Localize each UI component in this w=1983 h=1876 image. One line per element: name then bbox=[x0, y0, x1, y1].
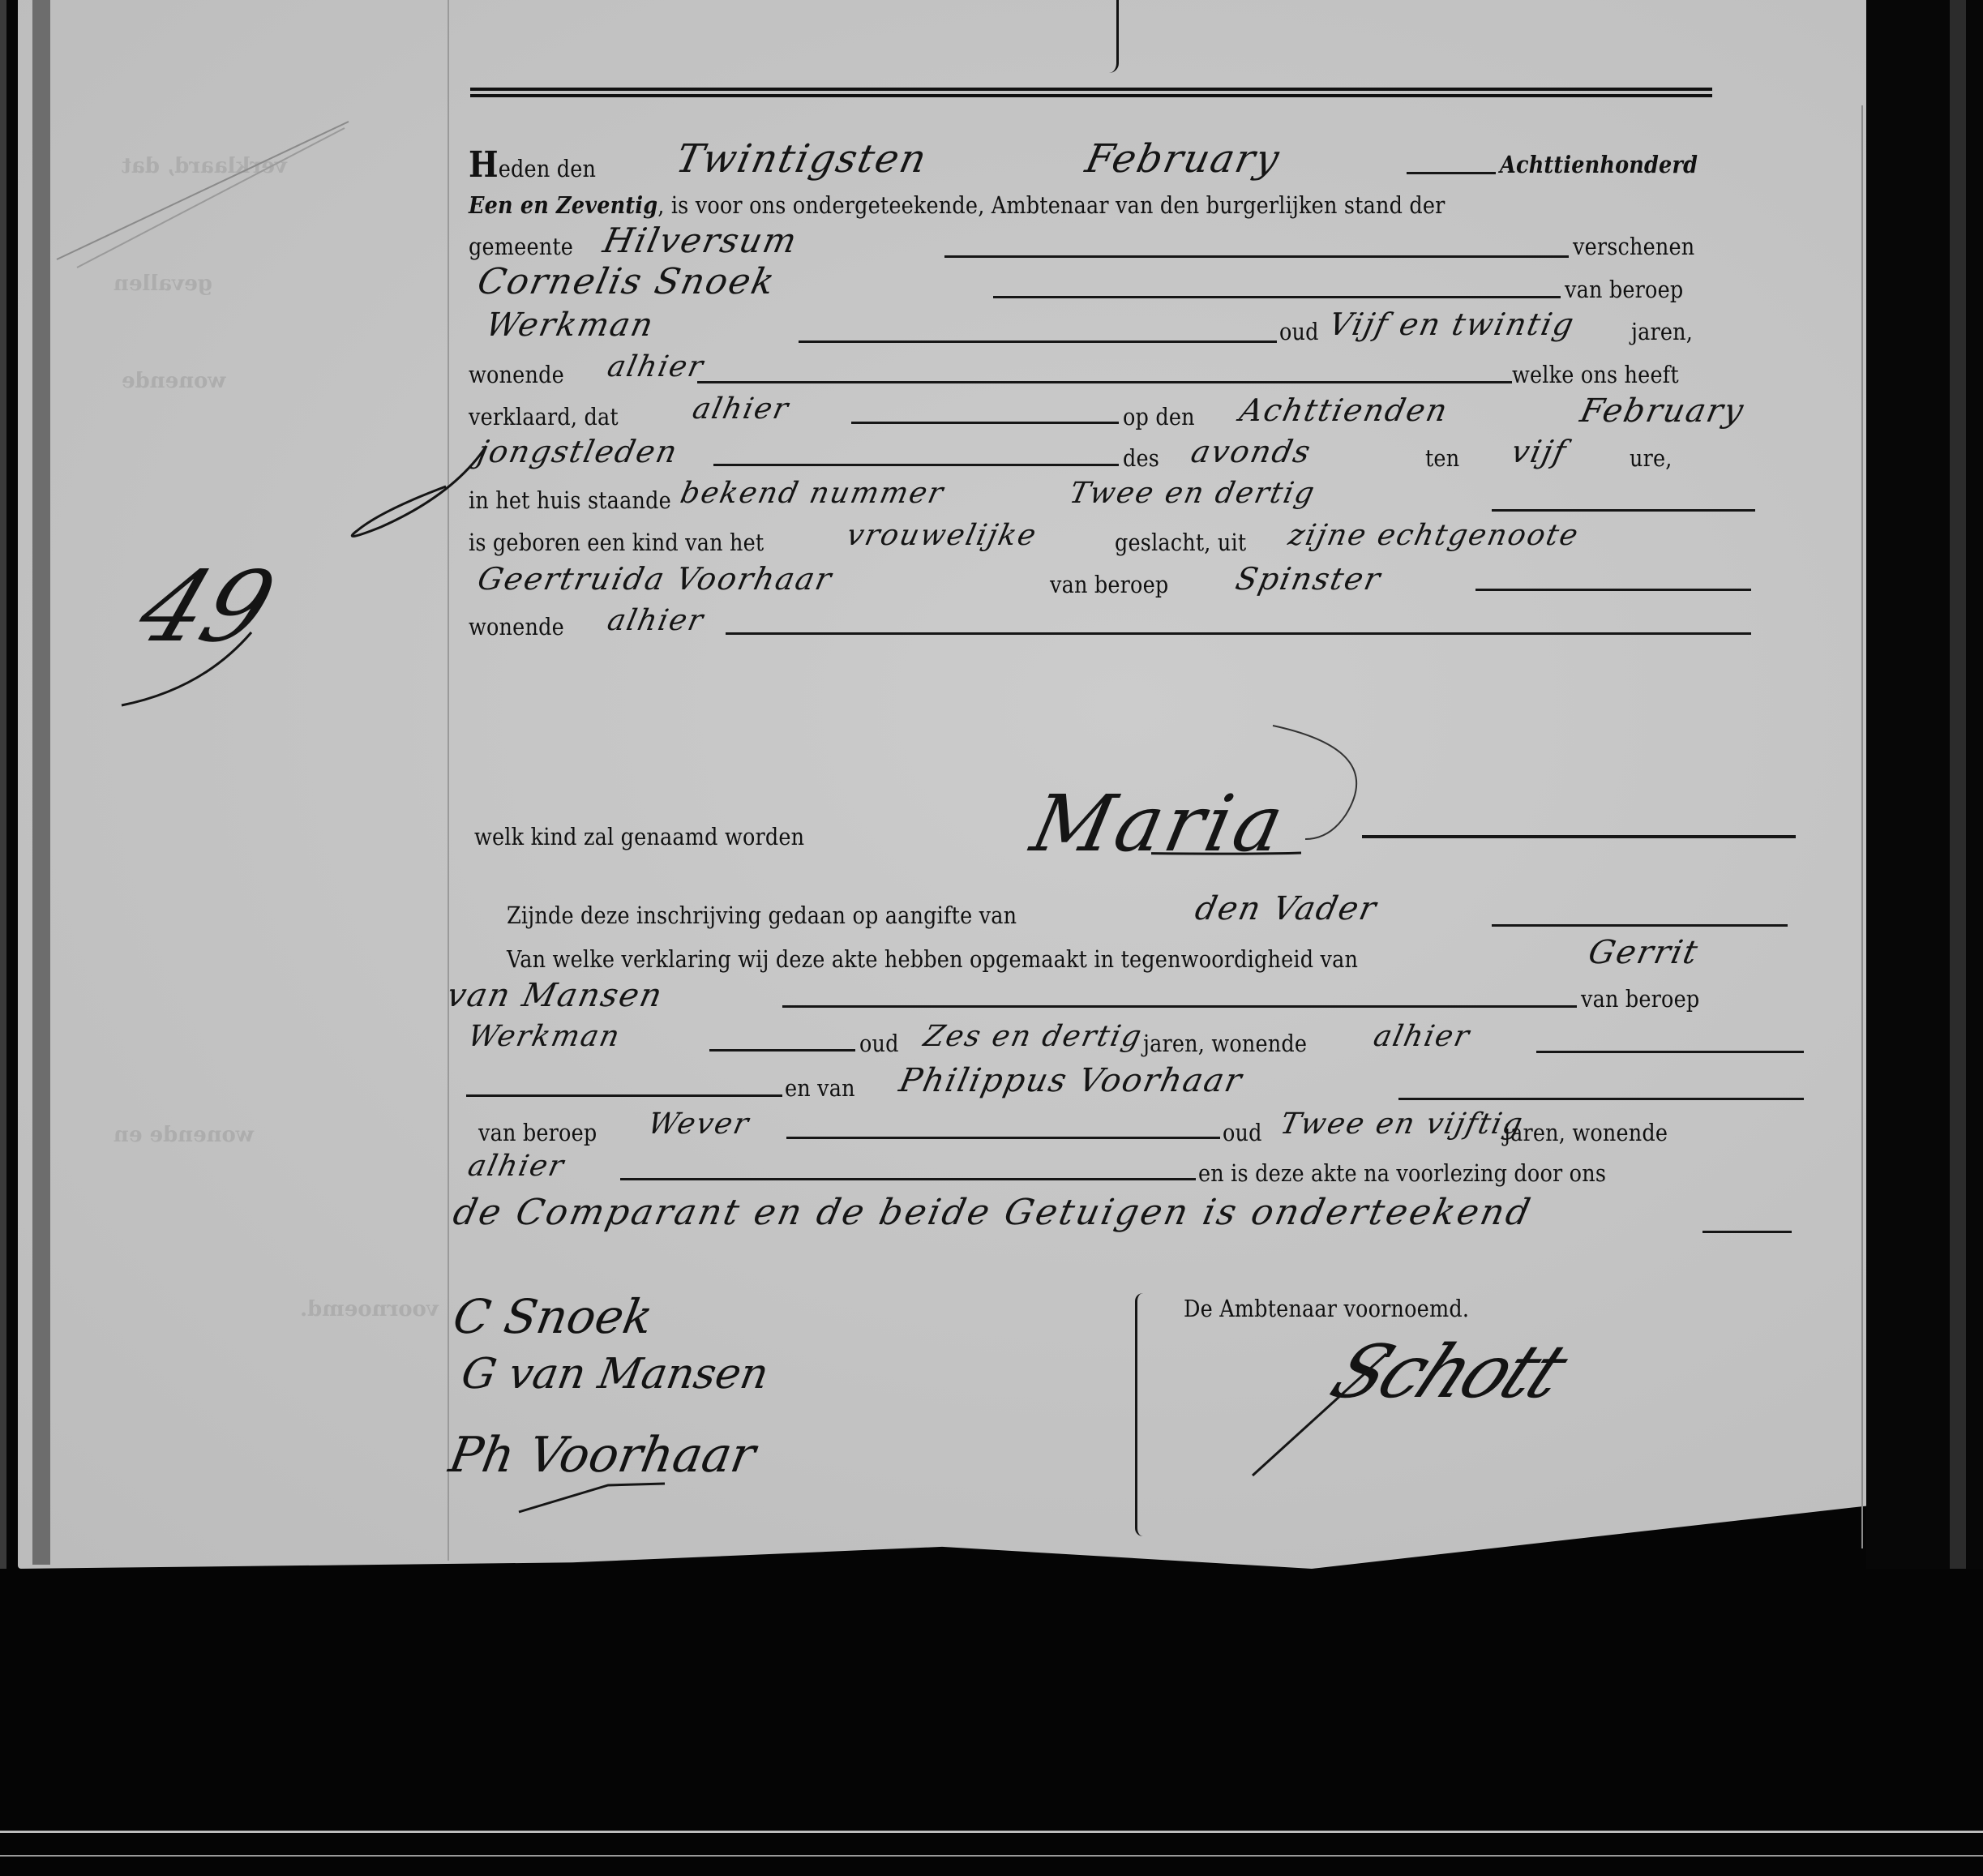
bleed-through-text: wonende bbox=[122, 369, 226, 393]
label-mother-beroep: van beroep bbox=[1050, 571, 1168, 598]
handwritten-witness2-age: Twee en vijftig bbox=[1278, 1107, 1527, 1141]
label-welke-ons-heeft: welke ons heeft bbox=[1512, 361, 1679, 388]
fill-line bbox=[1492, 924, 1788, 927]
handwritten-closing: de Comparant en de beide Getuigen is ond… bbox=[450, 1192, 1536, 1233]
fill-line bbox=[709, 1049, 855, 1052]
label-year-2: Een en Zeventig, is voor ons ondergeteek… bbox=[469, 191, 1445, 219]
handwritten-declarant-beroep: Werkman bbox=[482, 306, 657, 344]
handwritten-birth-day: Achttienden bbox=[1236, 392, 1452, 428]
signature-declarant: C Snoek bbox=[449, 1289, 657, 1344]
label-ten: ten bbox=[1425, 444, 1459, 472]
handwritten-aangifte: den Vader bbox=[1192, 890, 1381, 927]
fill-line bbox=[697, 381, 1512, 383]
fill-line bbox=[726, 632, 1751, 635]
handwritten-witness1-wonende: alhier bbox=[1371, 1020, 1474, 1053]
label-witness1-jaren: jaren, wonende bbox=[1143, 1030, 1307, 1057]
label-huis-staande: in het huis staande bbox=[469, 486, 671, 514]
handwritten-declarant-age: Vijf en twintig bbox=[1326, 306, 1578, 342]
binding-stripe bbox=[32, 0, 50, 1565]
fill-line bbox=[944, 255, 1569, 258]
signature-underline bbox=[511, 1476, 673, 1516]
label-child-name: welk kind zal genaamd worden bbox=[474, 823, 804, 850]
pencil-stroke bbox=[49, 114, 357, 276]
film-edge-line bbox=[0, 1855, 1983, 1857]
handwritten-witness1-last: van Mansen bbox=[443, 977, 666, 1014]
label-van-beroep: van beroep bbox=[1565, 276, 1683, 303]
fill-line bbox=[799, 341, 1277, 343]
brace-mark bbox=[1107, 0, 1119, 73]
handwritten-verklaard-place: alhier bbox=[690, 392, 793, 426]
fill-line bbox=[1362, 835, 1796, 838]
label-voorlezing: en is deze akte na voorlezing door ons bbox=[1198, 1159, 1606, 1187]
label-heden-den: Heden den bbox=[469, 144, 596, 186]
handwritten-huis-1: bekend nummer bbox=[678, 477, 948, 510]
fill-line bbox=[466, 1094, 782, 1097]
film-edge-line bbox=[0, 1831, 1983, 1833]
bleed-through-text: voornoemd. bbox=[300, 1297, 439, 1321]
label-jaren: jaren, bbox=[1631, 318, 1693, 345]
signature-brace bbox=[1135, 1293, 1149, 1536]
label-verschenen: verschenen bbox=[1573, 233, 1694, 260]
handwritten-day: Twintigsten bbox=[672, 136, 932, 182]
label-verklaard-dat: verklaard, dat bbox=[469, 403, 619, 430]
label-aangifte: Zijnde deze inschrijving gedaan op aangi… bbox=[507, 902, 1017, 929]
label-en-van: en van bbox=[785, 1074, 855, 1102]
handwritten-declarant-wonende: alhier bbox=[605, 350, 708, 383]
fill-line bbox=[713, 464, 1119, 466]
name-flourish bbox=[1151, 717, 1427, 896]
label-op-den: op den bbox=[1123, 403, 1195, 430]
handwritten-month: February bbox=[1081, 136, 1284, 182]
margin-line bbox=[448, 0, 449, 1561]
handwritten-hour: vijf bbox=[1508, 434, 1570, 469]
label-oud: oud bbox=[1279, 318, 1319, 345]
handwritten-mother-wonende: alhier bbox=[605, 604, 708, 637]
fill-line bbox=[1536, 1051, 1804, 1053]
fill-line bbox=[851, 422, 1119, 424]
handwritten-jongstleden: jongstleden bbox=[474, 434, 682, 469]
signature-witness1: G van Mansen bbox=[458, 1350, 773, 1398]
label-mother-wonende: wonende bbox=[469, 613, 564, 640]
scan-border-strip bbox=[1950, 0, 1966, 1569]
handwritten-witness2-wonende: alhier bbox=[465, 1150, 568, 1183]
fill-line bbox=[1398, 1098, 1804, 1100]
handwritten-witness1-age: Zes en dertig bbox=[921, 1020, 1146, 1053]
binding-edge bbox=[0, 0, 6, 1569]
fill-line bbox=[1492, 509, 1755, 512]
handwritten-witness1-beroep: Werkman bbox=[465, 1020, 624, 1053]
handwritten-mother-name: Geertruida Voorhaar bbox=[474, 561, 836, 597]
label-des: des bbox=[1123, 444, 1159, 472]
label-year-1: Achttienhonderd bbox=[1500, 151, 1698, 178]
fill-line bbox=[782, 1005, 1577, 1008]
label-ambtenaar: De Ambtenaar voornoemd. bbox=[1184, 1295, 1469, 1322]
label-wonende: wonende bbox=[469, 361, 564, 388]
handwritten-mother-pre: zijne echtgenoote bbox=[1286, 519, 1583, 552]
label-witness1-oud: oud bbox=[859, 1030, 899, 1057]
fill-line bbox=[620, 1178, 1196, 1180]
handwritten-witness1-first: Gerrit bbox=[1585, 934, 1702, 971]
label-witness1-beroep: van beroep bbox=[1581, 985, 1699, 1013]
label-witness2-beroep: van beroep bbox=[478, 1119, 597, 1146]
handwritten-declarant-name: Cornelis Snoek bbox=[474, 261, 780, 302]
label-geslacht-uit: geslacht, uit bbox=[1115, 529, 1246, 556]
fill-line bbox=[1475, 589, 1751, 591]
handwritten-gemeente: Hilversum bbox=[600, 221, 802, 260]
label-gemeente: gemeente bbox=[469, 233, 573, 260]
handwritten-des-value: avonds bbox=[1188, 434, 1315, 469]
bleed-through-text: wonende en bbox=[113, 1123, 254, 1147]
handwritten-geslacht: vrouwelijke bbox=[844, 519, 1041, 552]
label-geboren: is geboren een kind van het bbox=[469, 529, 764, 556]
fill-line bbox=[786, 1137, 1220, 1139]
label-ure: ure, bbox=[1630, 444, 1672, 472]
page-fold-line bbox=[1861, 105, 1863, 1548]
label-witness2-jaren: jaren, wonende bbox=[1504, 1119, 1668, 1146]
label-witness2-oud: oud bbox=[1223, 1119, 1262, 1146]
label-verklaring: Van welke verklaring wij deze akte hebbe… bbox=[507, 945, 1358, 973]
handwritten-huis-2: Twee en dertig bbox=[1067, 477, 1319, 510]
double-rule bbox=[470, 88, 1712, 97]
number-flourish bbox=[105, 624, 268, 713]
handwritten-witness2-beroep: Wever bbox=[645, 1107, 753, 1141]
fill-line bbox=[1702, 1231, 1792, 1233]
handwritten-mother-beroep: Spinster bbox=[1232, 561, 1385, 597]
fill-line bbox=[993, 296, 1561, 298]
ambtenaar-flourish bbox=[1248, 1346, 1654, 1508]
handwritten-witness2-name: Philippus Voorhaar bbox=[896, 1062, 1246, 1099]
fill-line bbox=[1407, 172, 1496, 174]
handwritten-birth-month: February bbox=[1577, 392, 1748, 430]
